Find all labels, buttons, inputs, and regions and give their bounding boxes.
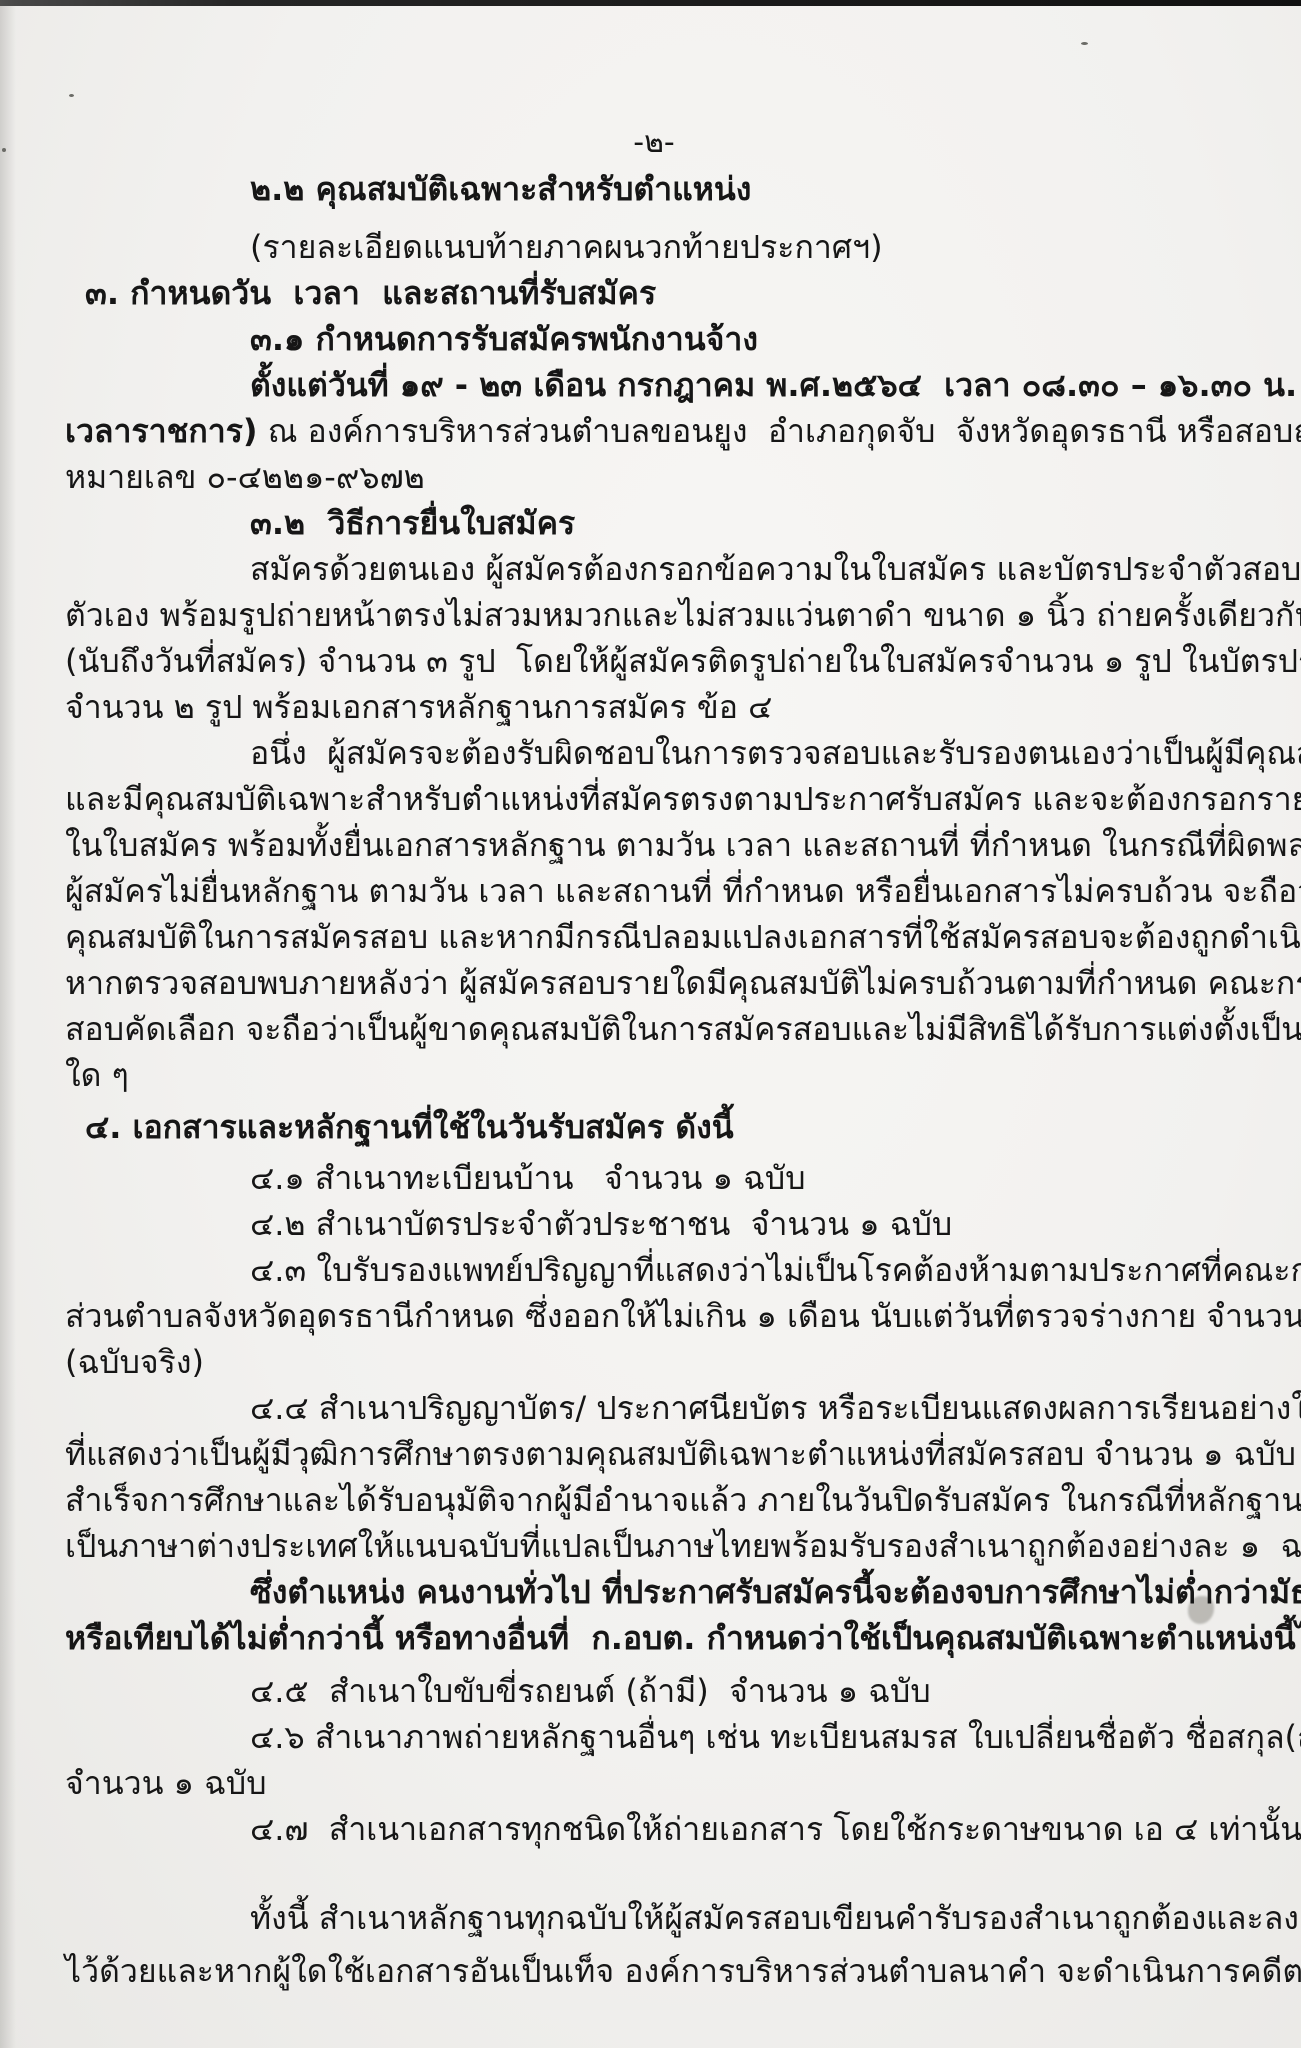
text-lines: ๒.๒ คุณสมบัติเฉพาะสำหรับตำแหน่ง(รายละเอี… — [65, 166, 1243, 1994]
text-line: หากตรวจสอบพบภายหลังว่า ผู้สมัครสอบรายใดม… — [65, 960, 1243, 1006]
text-line-bold-segment: ซึ่งตำแหน่ง คนงานทั่วไป ที่ประกาศรับสมัค… — [250, 1573, 1301, 1611]
text-line-segment: ไว้ด้วยและหากผู้ใดใช้เอกสารอันเป็นเท็จ อ… — [65, 1952, 1301, 1990]
text-line-segment: จำนวน ๑ ฉบับ — [65, 1764, 267, 1802]
text-line-segment: คุณสมบัติในการสมัครสอบ และหากมีกรณีปลอมแ… — [65, 918, 1301, 956]
text-line: ส่วนตำบลจังหวัดอุดรธานีกำหนด ซึ่งออกให้ไ… — [65, 1293, 1243, 1339]
text-line: จำนวน ๑ ฉบับ — [65, 1760, 1243, 1806]
text-line: (รายละเอียดแนบท้ายภาคผนวกท้ายประกาศฯ) — [65, 224, 1243, 270]
text-line: ที่แสดงว่าเป็นผู้มีวุฒิการศึกษาตรงตามคุณ… — [65, 1431, 1243, 1477]
text-line: ๔.๒ สำเนาบัตรประจำตัวประชาชน จำนวน ๑ ฉบั… — [65, 1201, 1243, 1247]
text-line: ๓.๒ วิธีการยื่นใบสมัคร — [65, 500, 1243, 546]
text-line: สมัครด้วยตนเอง ผู้สมัครต้องกรอกข้อความใน… — [65, 546, 1243, 592]
text-line-segment: สอบคัดเลือก จะถือว่าเป็นผู้ขาดคุณสมบัติใ… — [65, 1010, 1301, 1048]
text-line: ในใบสมัคร พร้อมทั้งยื่นเอกสารหลักฐาน ตาม… — [65, 822, 1243, 868]
text-line: จำนวน ๒ รูป พร้อมเอกสารหลักฐานการสมัคร ข… — [65, 684, 1243, 730]
paper-speck — [1081, 42, 1088, 45]
text-line-segment: ในใบสมัคร พร้อมทั้งยื่นเอกสารหลักฐาน ตาม… — [65, 826, 1301, 864]
text-line: เวลาราชการ) ณ องค์การบริหารส่วนตำบลขอนยู… — [65, 408, 1243, 454]
text-line: (นับถึงวันที่สมัคร) จำนวน ๓ รูป โดยให้ผู… — [65, 638, 1243, 684]
text-line: หมายเลข ๐-๔๒๒๑-๙๖๗๒ — [65, 454, 1243, 500]
text-line-segment: (รายละเอียดแนบท้ายภาคผนวกท้ายประกาศฯ) — [250, 228, 883, 266]
text-line: ๔.๑ สำเนาทะเบียนบ้าน จำนวน ๑ ฉบับ — [65, 1155, 1243, 1201]
text-line: ตั้งแต่วันที่ ๑๙ - ๒๓ เดือน กรกฎาคม พ.ศ.… — [65, 362, 1243, 408]
text-line-bold-segment: ๔. เอกสารและหลักฐานที่ใช้ในวันรับสมัคร ด… — [85, 1108, 734, 1146]
text-line: สอบคัดเลือก จะถือว่าเป็นผู้ขาดคุณสมบัติใ… — [65, 1006, 1243, 1052]
text-line-segment: สมัครด้วยตนเอง ผู้สมัครต้องกรอกข้อความใน… — [250, 550, 1301, 588]
text-line: ๔.๖ สำเนาภาพถ่ายหลักฐานอื่นๆ เช่น ทะเบีย… — [65, 1714, 1243, 1760]
text-line-segment: จำนวน ๒ รูป พร้อมเอกสารหลักฐานการสมัคร ข… — [65, 688, 772, 726]
text-line: ๓.๑ กำหนดการรับสมัครพนักงานจ้าง — [65, 316, 1243, 362]
text-line: ซึ่งตำแหน่ง คนงานทั่วไป ที่ประกาศรับสมัค… — [65, 1569, 1243, 1615]
text-line: และมีคุณสมบัติเฉพาะสำหรับตำแหน่งที่สมัคร… — [65, 776, 1243, 822]
paper-speck — [69, 94, 74, 97]
document-content: -๒- ๒.๒ คุณสมบัติเฉพาะสำหรับตำแหน่ง(รายล… — [0, 120, 1301, 1994]
text-line-bold-segment: ตั้งแต่วันที่ ๑๙ - ๒๓ เดือน กรกฎาคม พ.ศ.… — [250, 366, 1301, 404]
text-line: ทั้งนี้ สำเนาหลักฐานทุกฉบับให้ผู้สมัครสอ… — [65, 1895, 1243, 1941]
text-line: ตัวเอง พร้อมรูปถ่ายหน้าตรงไม่สวมหมวกและไ… — [65, 592, 1243, 638]
text-line: ๓. กำหนดวัน เวลา และสถานที่รับสมัคร — [65, 270, 1243, 316]
text-line-segment: ๔.๓ ใบรับรองแพทย์ปริญญาที่แสดงว่าไม่เป็น… — [250, 1251, 1301, 1289]
text-line-segment: ที่แสดงว่าเป็นผู้มีวุฒิการศึกษาตรงตามคุณ… — [65, 1435, 1301, 1473]
text-line-segment: (นับถึงวันที่สมัคร) จำนวน ๓ รูป โดยให้ผู… — [65, 642, 1301, 680]
text-line-segment: หมายเลข ๐-๔๒๒๑-๙๖๗๒ — [65, 458, 425, 496]
text-line: คุณสมบัติในการสมัครสอบ และหากมีกรณีปลอมแ… — [65, 914, 1243, 960]
page-number: -๒- — [65, 120, 1243, 166]
text-line-segment: ส่วนตำบลจังหวัดอุดรธานีกำหนด ซึ่งออกให้ไ… — [65, 1297, 1301, 1335]
text-line-segment: ทั้งนี้ สำเนาหลักฐานทุกฉบับให้ผู้สมัครสอ… — [250, 1899, 1301, 1937]
text-line-segment: ๔.๔ สำเนาปริญญาบัตร/ ประกาศนียบัตร หรือร… — [250, 1389, 1301, 1427]
text-line-segment: และมีคุณสมบัติเฉพาะสำหรับตำแหน่งที่สมัคร… — [65, 780, 1301, 818]
text-line: ๔.๕ สำเนาใบขับขี่รถยนต์ (ถ้ามี) จำนวน ๑ … — [65, 1668, 1243, 1714]
scan-edge-artifact — [0, 0, 1301, 6]
text-line: สำเร็จการศึกษาและได้รับอนุมัติจากผู้มีอำ… — [65, 1477, 1243, 1523]
text-line: หรือเทียบได้ไม่ต่ำกว่านี้ หรือทางอื่นที่… — [65, 1615, 1243, 1661]
text-line-segment: ใด ๆ — [65, 1056, 129, 1094]
text-line-segment: เป็นภาษาต่างประเทศให้แนบฉบับที่แปลเป็นภา… — [65, 1527, 1301, 1565]
text-line-segment: ผู้สมัครไม่ยื่นหลักฐาน ตามวัน เวลา และสถ… — [65, 872, 1301, 910]
text-line: ผู้สมัครไม่ยื่นหลักฐาน ตามวัน เวลา และสถ… — [65, 868, 1243, 914]
text-line-segment: สำเร็จการศึกษาและได้รับอนุมัติจากผู้มีอำ… — [65, 1481, 1301, 1519]
scanned-page: -๒- ๒.๒ คุณสมบัติเฉพาะสำหรับตำแหน่ง(รายล… — [0, 0, 1301, 2048]
text-line-segment: ๔.๒ สำเนาบัตรประจำตัวประชาชน จำนวน ๑ ฉบั… — [250, 1205, 952, 1243]
text-line-segment: หากตรวจสอบพบภายหลังว่า ผู้สมัครสอบรายใดม… — [65, 964, 1301, 1002]
text-line-segment: ๔.๑ สำเนาทะเบียนบ้าน จำนวน ๑ ฉบับ — [250, 1159, 806, 1197]
text-line: ใด ๆ — [65, 1052, 1243, 1098]
text-line-segment: ณ องค์การบริหารส่วนตำบลขอนยูง อำเภอกุดจั… — [258, 412, 1301, 450]
text-line: ๔. เอกสารและหลักฐานที่ใช้ในวันรับสมัคร ด… — [65, 1104, 1243, 1150]
text-line: ๔.๔ สำเนาปริญญาบัตร/ ประกาศนียบัตร หรือร… — [65, 1385, 1243, 1431]
text-line: ๔.๓ ใบรับรองแพทย์ปริญญาที่แสดงว่าไม่เป็น… — [65, 1247, 1243, 1293]
text-line: เป็นภาษาต่างประเทศให้แนบฉบับที่แปลเป็นภา… — [65, 1523, 1243, 1569]
text-line-bold-segment: ๓. กำหนดวัน เวลา และสถานที่รับสมัคร — [85, 274, 656, 312]
text-line: ไว้ด้วยและหากผู้ใดใช้เอกสารอันเป็นเท็จ อ… — [65, 1948, 1243, 1994]
text-line-bold-segment: ๓.๑ กำหนดการรับสมัครพนักงานจ้าง — [250, 320, 758, 358]
text-line: ๒.๒ คุณสมบัติเฉพาะสำหรับตำแหน่ง — [65, 166, 1243, 212]
text-line-bold-segment: หรือเทียบได้ไม่ต่ำกว่านี้ หรือทางอื่นที่… — [65, 1619, 1301, 1657]
text-line-segment: ๔.๕ สำเนาใบขับขี่รถยนต์ (ถ้ามี) จำนวน ๑ … — [250, 1672, 931, 1710]
text-line-segment: ตัวเอง พร้อมรูปถ่ายหน้าตรงไม่สวมหมวกและไ… — [65, 596, 1301, 634]
text-line-segment: (ฉบับจริง) — [65, 1343, 204, 1381]
text-line-segment: ๔.๖ สำเนาภาพถ่ายหลักฐานอื่นๆ เช่น ทะเบีย… — [250, 1718, 1301, 1756]
text-line: ๔.๗ สำเนาเอกสารทุกชนิดให้ถ่ายเอกสาร โดยใ… — [65, 1806, 1243, 1852]
text-line-segment: อนึ่ง ผู้สมัครจะต้องรับผิดชอบในการตรวจสอ… — [250, 734, 1301, 772]
text-line: อนึ่ง ผู้สมัครจะต้องรับผิดชอบในการตรวจสอ… — [65, 730, 1243, 776]
text-line: (ฉบับจริง) — [65, 1339, 1243, 1385]
text-line-bold-segment: ๒.๒ คุณสมบัติเฉพาะสำหรับตำแหน่ง — [250, 170, 751, 208]
text-line-segment: ๔.๗ สำเนาเอกสารทุกชนิดให้ถ่ายเอกสาร โดยใ… — [250, 1810, 1301, 1848]
text-line-bold-segment: เวลาราชการ) — [65, 412, 258, 450]
text-line-bold-segment: ๓.๒ วิธีการยื่นใบสมัคร — [250, 504, 575, 542]
